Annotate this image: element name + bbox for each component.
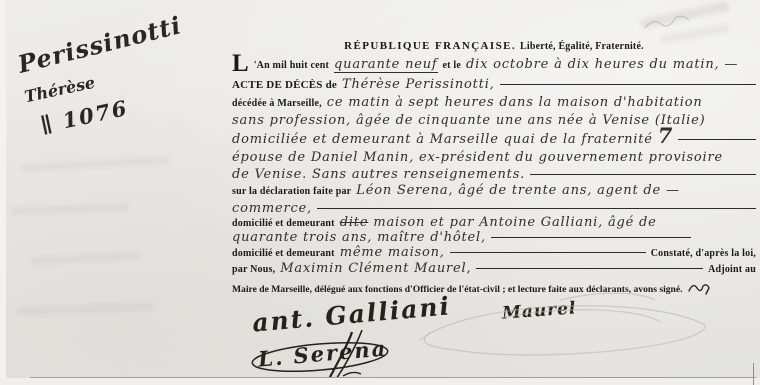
bleed-through-smudge [15,303,155,316]
page-bottom-edge-line [30,377,756,378]
act-line-10: domicilié et demeurant dite maison et pa… [232,215,756,230]
fill-rule [317,208,756,209]
signature-maurel: Maurel [501,298,577,323]
dropcap-L: L [232,58,249,70]
act-line-1: L'An mil huit cent quarante neuf et le d… [232,55,756,73]
l11-hw: quarante trois ans, maître d'hôtel, [232,230,486,245]
l2-printed: ACTE DE DÉCÈS de [232,79,337,91]
margin-surname: Perissinotti [15,10,184,79]
act-number: 1076 [60,95,130,133]
fill-rule [476,268,703,269]
l1-printed-a: 'An mil huit cent [254,60,329,71]
act-line-7: de Venise. Sans autres renseignements. [232,167,756,182]
l13-printed: par Nous, [232,264,275,275]
act-line-9: commerce, [232,201,756,216]
l8-hw-declarant: Léon Serena, âgé de trente ans, agent de… [356,183,679,198]
act-line-5: domiciliée et demeurant à Marseille quai… [232,131,756,147]
l14-printed: Maire de Marseille, délégué aux fonction… [232,284,683,295]
l8-printed: sur la déclaration faite par [232,186,351,197]
clerk-paraph [688,281,712,295]
l6-hw: épouse de Daniel Manin, ex-président du … [232,150,723,165]
l13-printed-right: Adjoint au [708,264,756,275]
page-right-edge-line [753,363,754,385]
l13-hw-officer: Maximin Clément Maurel, [280,261,471,276]
act-line-4: sans profession, âgée de cinquante une a… [232,113,756,128]
l7-hw: de Venise. Sans autres renseignements. [232,167,525,182]
l3-printed: décédée à Marseille, [232,98,322,109]
bleed-through-smudge [10,203,130,215]
fill-rule [678,139,756,140]
fill-rule [450,252,646,253]
act-line-3: décédée à Marseille, ce matin à sept heu… [232,95,756,110]
l9-hw: commerce, [232,201,312,216]
fill-rule [530,174,756,175]
l12-printed: domicilié et demeurant [232,248,335,259]
act-line-12: domicilié et demeurant même maison, Cons… [232,245,756,260]
l12-printed-right: Constaté, d'après la loi, [651,248,756,259]
bleed-through-smudge [20,156,170,172]
margin-act-number: ∥ 1076 [38,95,130,138]
fill-rule [500,84,756,85]
l3-hw: ce matin à sept heures dans la maison d'… [327,95,703,110]
l4-hw: sans profession, âgée de cinquante une a… [232,113,706,128]
number-mark: ∥ [38,111,56,138]
act-line-11: quarante trois ans, maître d'hôtel, [232,230,756,245]
act-line-8: sur la déclaration faite par Léon Serena… [232,183,756,198]
signature-galliani: ant. Galliani [251,291,452,337]
l10-printed: domicilié et demeurant [232,218,335,229]
margin-given-name: Thérèse [23,73,97,106]
fill-rule [491,237,691,238]
scanned-death-certificate: Perissinotti Thérèse ∥ 1076 RÉPUBLIQUE F… [0,0,760,385]
l12-hw: même maison, [340,245,445,260]
act-line-14: Maire de Marseille, délégué aux fonction… [232,278,756,295]
signature-serena: L. Serena [257,335,388,371]
l5-house-number: 7 [658,131,673,141]
bleed-through-smudge [30,252,140,265]
l1-hw-year: quarante neuf [334,57,437,73]
header-motto: Liberté, Égalité, Fraternité. [520,41,644,52]
header-republic: RÉPUBLIQUE FRANÇAISE. [344,40,516,52]
document-header: RÉPUBLIQUE FRANÇAISE. Liberté, Égalité, … [232,36,756,54]
scan-left-edge [0,0,6,385]
l10-hw-struck: dite [340,215,369,230]
act-line-2: ACTE DE DÉCÈS de Thérèse Perissinotti, [232,77,756,92]
l10-hw-declarant2: maison et par Antoine Galliani, âgé de [373,215,656,230]
l1-printed-b: et le [443,60,462,71]
act-line-6: épouse de Daniel Manin, ex-président du … [232,150,756,165]
scan-bottom-strip [0,378,760,385]
act-line-13: par Nous, Maximin Clément Maurel, Adjoin… [232,261,756,276]
l5-hw: domiciliée et demeurant à Marseille quai… [232,132,653,147]
l1-hw-date: dix octobre à dix heures du matin, — [466,57,738,72]
l2-hw-name: Thérèse Perissinotti, [342,77,495,92]
